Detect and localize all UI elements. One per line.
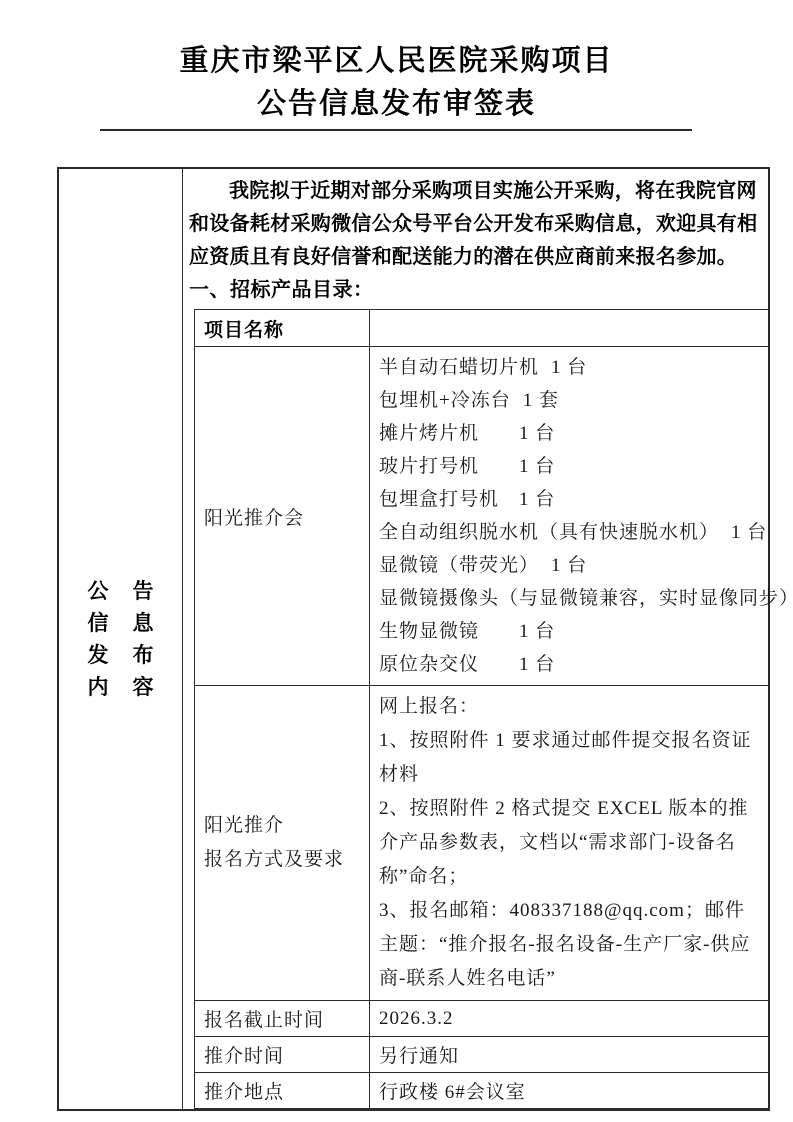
promotion-location-row: 推介地点 行政楼 6#会议室 [195, 1073, 770, 1109]
equipment-item: 显微镜摄像头（与显微镜兼容，实时显像同步）2 台 [379, 582, 763, 615]
title-line-2: 公告信息发布审签表 [0, 83, 793, 126]
equipment-qty: 1 台 [551, 555, 587, 576]
registration-requirements-row: 阳光推介 报名方式及要求 网上报名： 1、按照附件 1 要求通过邮件提交报名资证… [195, 686, 770, 1001]
equipment-item: 原位杂交仪1 台 [379, 648, 763, 681]
document-page: 重庆市梁平区人民医院采购项目 公告信息发布审签表 公告 信息 发布 内容 我院拟… [0, 0, 793, 1122]
equipment-name: 显微镜（带荧光） [379, 549, 539, 582]
promotion-location-value: 行政楼 6#会议室 [370, 1073, 770, 1109]
deadline-label: 报名截止时间 [195, 1001, 370, 1037]
equipment-qty: 1 台 [519, 489, 555, 510]
project-name-header-label: 项目名称 [195, 310, 370, 347]
project-name-header-row: 项目名称 [195, 310, 770, 347]
registration-paragraph: 1、按照附件 1 要求通过邮件提交报名资证材料 [379, 724, 763, 792]
registration-requirements-content: 网上报名： 1、按照附件 1 要求通过邮件提交报名资证材料 2、按照附件 2 格… [370, 686, 770, 1001]
equipment-qty: 1 台 [731, 522, 767, 543]
intro-paragraph: 我院拟于近期对部分采购项目实施公开采购，将在我院官网和设备耗材采购微信公众号平台… [189, 175, 770, 274]
promotion-location-label: 推介地点 [195, 1073, 370, 1109]
announcement-form-table: 公告 信息 发布 内容 我院拟于近期对部分采购项目实施公开采购，将在我院官网和设… [57, 167, 770, 1111]
equipment-qty: 1 台 [519, 654, 555, 675]
promotion-time-label: 推介时间 [195, 1037, 370, 1073]
equipment-qty: 1 台 [519, 423, 555, 444]
equipment-item: 生物显微镜1 台 [379, 615, 763, 648]
side-label-line: 公告 [88, 575, 154, 607]
equipment-list: 半自动石蜡切片机1 台 包埋机+冷冻台1 套 摊片烤片机1 台 玻片打号机1 台… [370, 347, 770, 686]
equipment-qty: 1 台 [551, 357, 587, 378]
project-name-header-value [370, 310, 770, 347]
promotion-time-value: 另行通知 [370, 1037, 770, 1073]
equipment-name: 包埋盒打号机 [379, 483, 507, 516]
promotion-time-row: 推介时间 另行通知 [195, 1037, 770, 1073]
catalog-table: 项目名称 阳光推介会 半自动石蜡切片机1 台 包埋机+冷冻台1 套 摊片烤片机1… [194, 309, 770, 1109]
equipment-qty: 1 套 [523, 390, 559, 411]
equipment-item: 包埋机+冷冻台1 套 [379, 384, 763, 417]
document-title: 重庆市梁平区人民医院采购项目 公告信息发布审签表 [0, 0, 793, 126]
equipment-name: 玻片打号机 [379, 450, 507, 483]
equipment-item: 玻片打号机1 台 [379, 450, 763, 483]
equipment-name: 生物显微镜 [379, 615, 507, 648]
equipment-item: 包埋盒打号机1 台 [379, 483, 763, 516]
equipment-item: 全自动组织脱水机（具有快速脱水机）1 台 [379, 516, 763, 549]
equipment-item: 显微镜（带荧光）1 台 [379, 549, 763, 582]
equipment-name: 半自动石蜡切片机 [379, 351, 539, 384]
registration-label-line: 报名方式及要求 [204, 843, 363, 877]
registration-label-line: 阳光推介 [204, 809, 363, 843]
equipment-qty: 1 台 [519, 621, 555, 642]
deadline-row: 报名截止时间 2026.3.2 [195, 1001, 770, 1037]
equipment-name: 显微镜摄像头（与显微镜兼容，实时显像同步） [379, 582, 793, 615]
equipment-name: 原位杂交仪 [379, 648, 507, 681]
equipment-name: 摊片烤片机 [379, 417, 507, 450]
side-label-line: 发布 [88, 639, 154, 671]
promotion-event-label: 阳光推介会 [195, 347, 370, 686]
side-label-line: 信息 [88, 607, 154, 639]
title-line-1: 重庆市梁平区人民医院采购项目 [0, 40, 793, 83]
side-label-line: 内容 [88, 671, 154, 703]
registration-paragraph: 3、报名邮箱：408337188@qq.com；邮件主题：“推介报名-报名设备-… [379, 894, 763, 996]
announcement-content-cell: 我院拟于近期对部分采购项目实施公开采购，将在我院官网和设备耗材采购微信公众号平台… [183, 169, 782, 1109]
promotion-event-row: 阳光推介会 半自动石蜡切片机1 台 包埋机+冷冻台1 套 摊片烤片机1 台 玻片… [195, 347, 770, 686]
side-label-cell: 公告 信息 发布 内容 [59, 169, 183, 1109]
deadline-value: 2026.3.2 [370, 1001, 770, 1037]
equipment-item: 半自动石蜡切片机1 台 [379, 351, 763, 384]
equipment-qty: 1 台 [519, 456, 555, 477]
equipment-name: 包埋机+冷冻台 [379, 384, 511, 417]
title-divider [100, 129, 692, 131]
equipment-name: 全自动组织脱水机（具有快速脱水机） [379, 516, 719, 549]
registration-paragraph: 2、按照附件 2 格式提交 EXCEL 版本的推介产品参数表，文档以“需求部门-… [379, 792, 763, 894]
registration-requirements-label: 阳光推介 报名方式及要求 [195, 686, 370, 1001]
equipment-item: 摊片烤片机1 台 [379, 417, 763, 450]
registration-paragraph: 网上报名： [379, 690, 763, 724]
section-heading: 一、招标产品目录： [189, 274, 770, 307]
